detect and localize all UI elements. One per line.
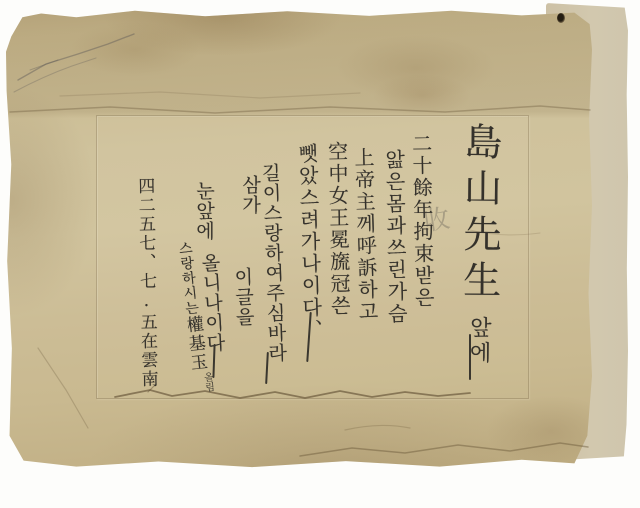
address-title: 島山先生 xyxy=(456,122,502,306)
body-column-2: 앒은몸과쓰린가슴 xyxy=(379,149,411,325)
closing-column-3: 이글을 xyxy=(229,267,258,328)
body-column-1: 二十餘年拘束받은 xyxy=(406,133,438,309)
signature-prefix: 스랑하시는 xyxy=(176,240,200,316)
signature-suffix: 올림 xyxy=(199,371,216,392)
signature-name: 權基玉 xyxy=(182,315,208,374)
address-column: 島山先生앞에 xyxy=(451,122,508,366)
date-column: 四二五七、七.五在雲南 xyxy=(132,177,161,389)
brush-tail-address xyxy=(469,334,471,380)
closing-column-2: 삼가 xyxy=(237,175,264,215)
photo-stage: 收 島山先生앞에 二十餘年拘束받은 앒은몸과쓰린가슴 上帝主께呼訴하고 空中女王… xyxy=(0,0,640,508)
ink-spot xyxy=(557,13,565,23)
body-column-4: 空中女王冕旒冠쓴 xyxy=(322,141,354,317)
closing-column-4: 눈앞에 xyxy=(191,181,218,241)
